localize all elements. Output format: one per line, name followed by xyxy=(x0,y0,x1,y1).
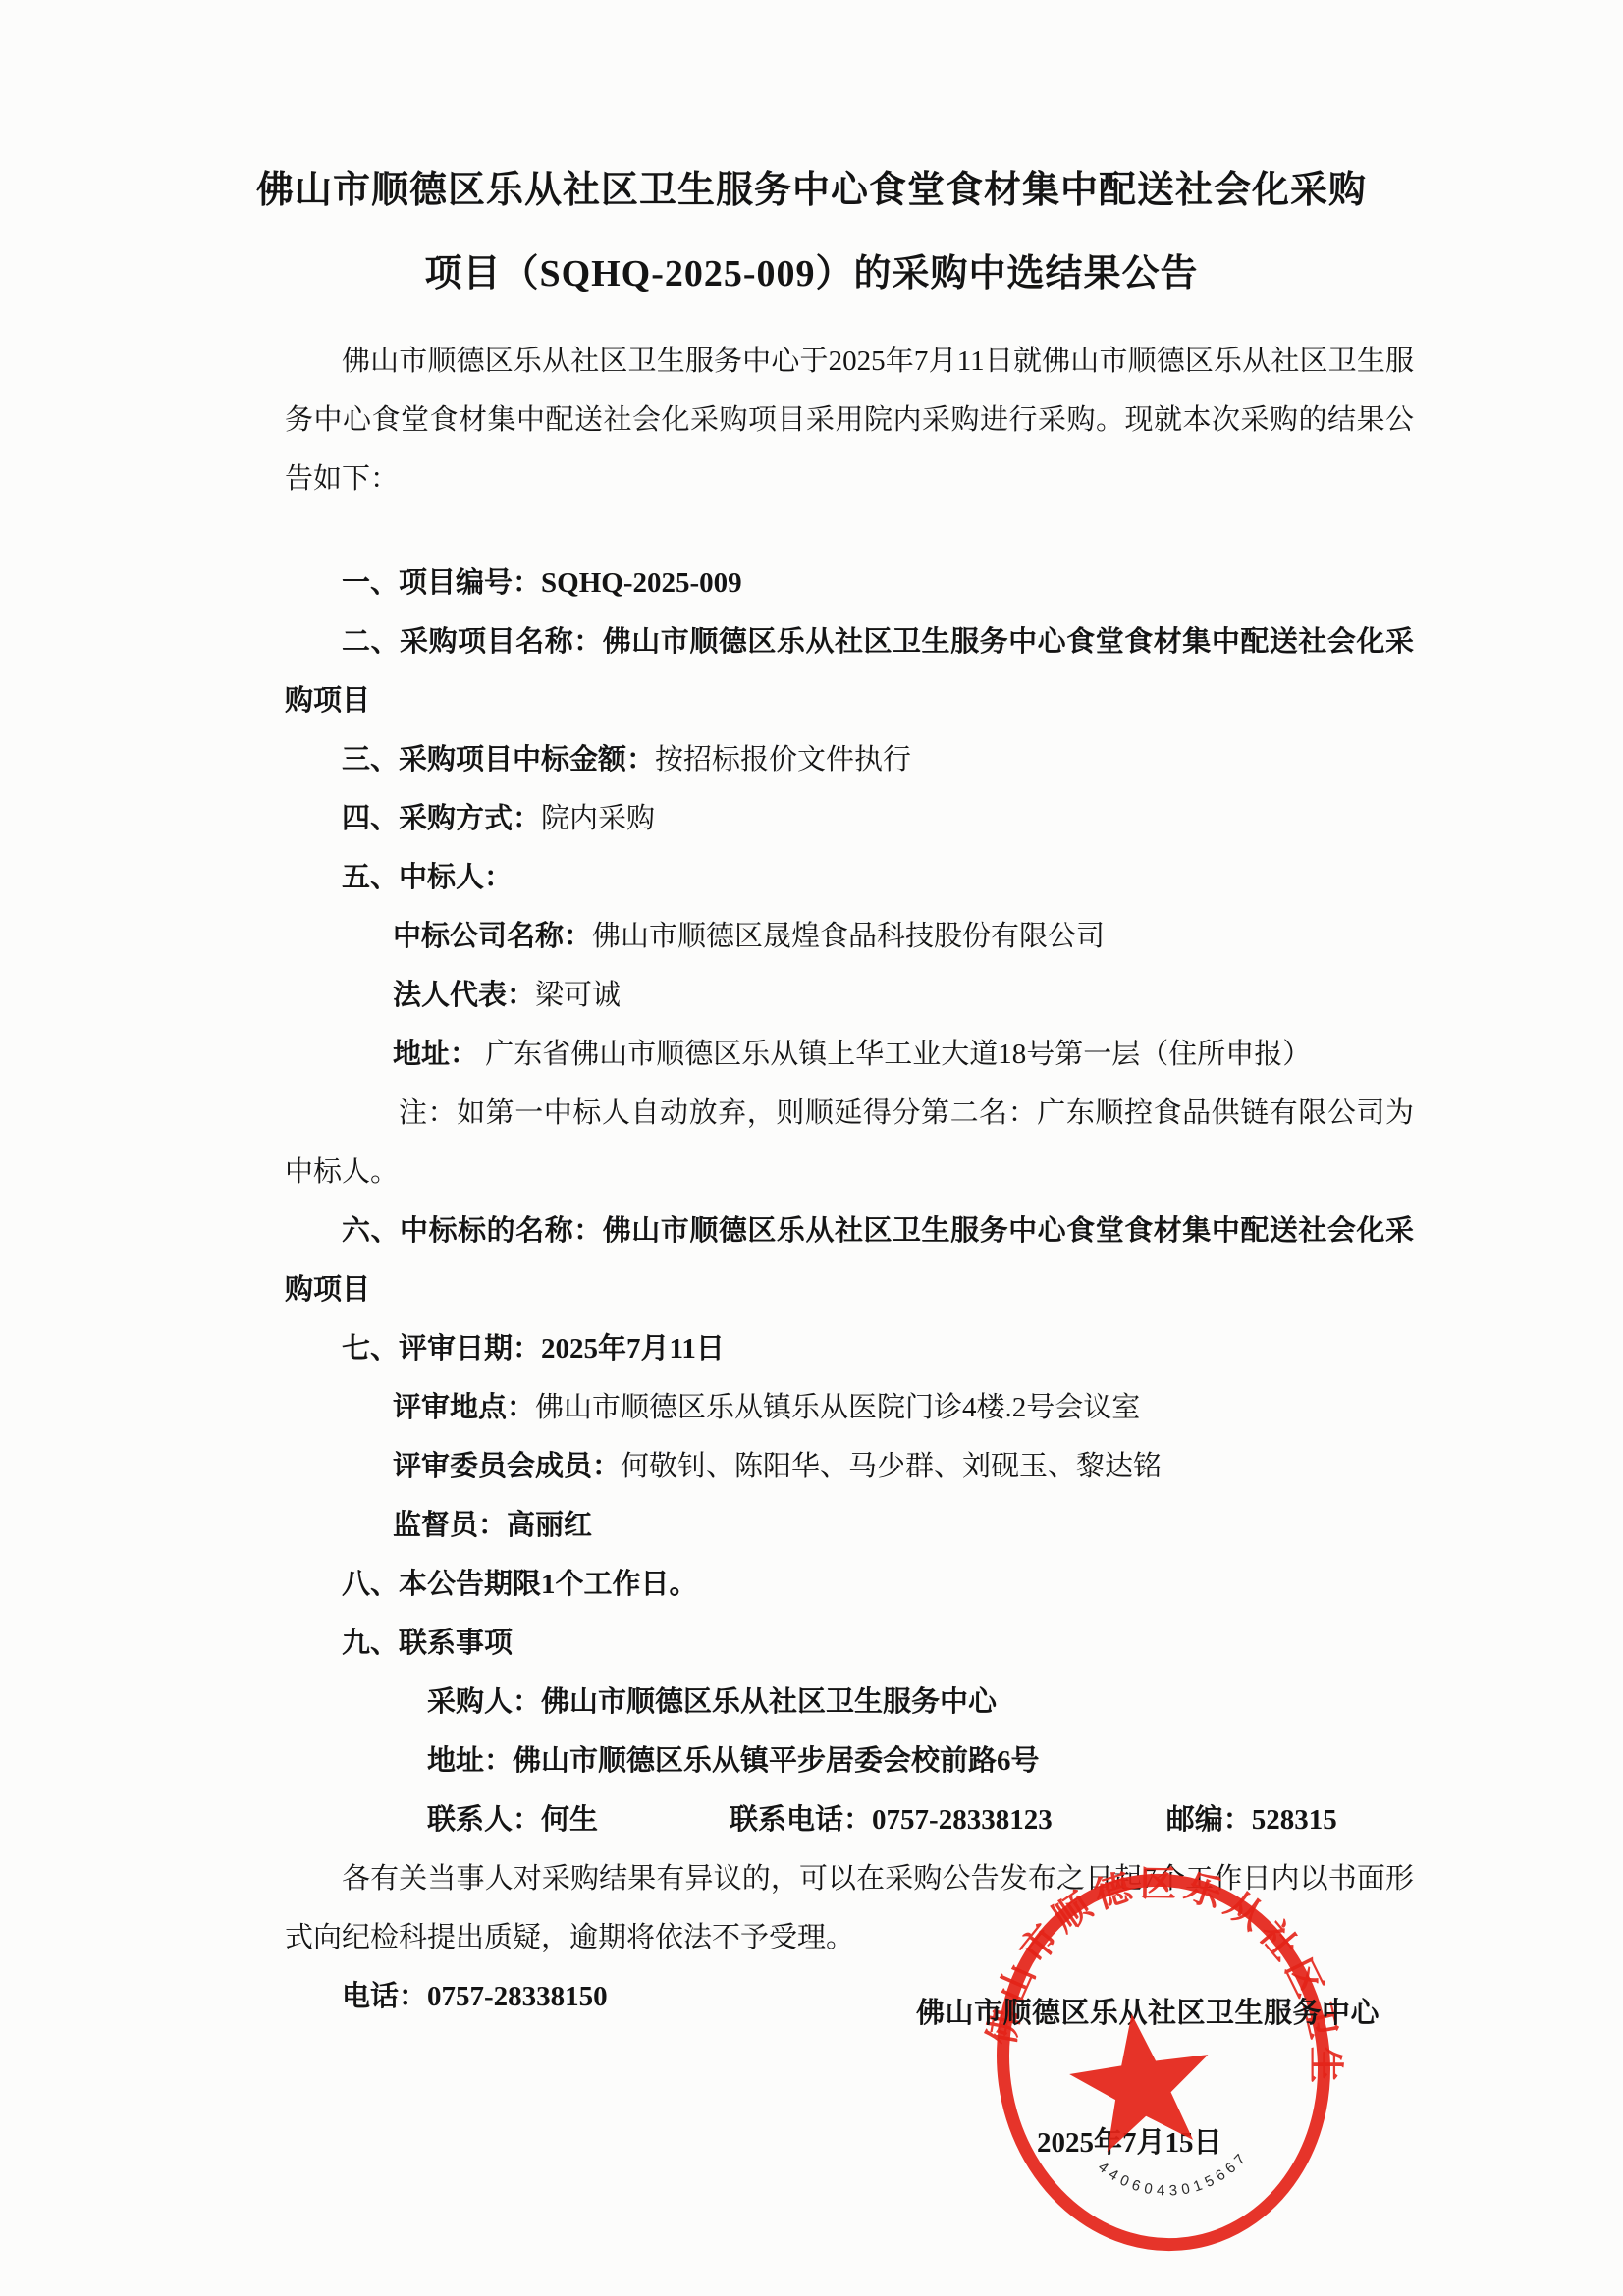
item-9-label: 九、联系事项 xyxy=(342,1628,513,1659)
item-winner-heading: 五、中标人： xyxy=(285,848,1414,907)
item-award-subject: 六、中标标的名称：佛山市顺德区乐从社区卫生服务中心食堂食材集中配送社会化采购项目 xyxy=(285,1201,1414,1319)
item-award-amount: 三、采购项目中标金额：按招标报价文件执行 xyxy=(285,730,1414,789)
review-committee-label: 评审委员会成员： xyxy=(393,1451,621,1482)
winner-legal-label: 法人代表： xyxy=(393,980,535,1011)
review-supervisor-line: 监督员：高丽红 xyxy=(285,1496,1414,1555)
item-4-value: 院内采购 xyxy=(541,803,655,834)
item-2-label: 二、采购项目名称： xyxy=(342,626,603,658)
winner-company-value: 佛山市顺德区晟煌食品科技股份有限公司 xyxy=(592,921,1105,952)
intro-paragraph: 佛山市顺德区乐从社区卫生服务中心于2025年7月11日就佛山市顺德区乐从社区卫生… xyxy=(285,332,1414,508)
winner-address-value: 广东省佛山市顺德区乐从镇上华工业大道18号第一层（住所申报） xyxy=(478,1039,1311,1070)
item-1-label: 一、项目编号： xyxy=(342,567,541,599)
contact-buyer-value: 佛山市顺德区乐从社区卫生服务中心 xyxy=(541,1686,997,1718)
contact-address-value: 佛山市顺德区乐从镇平步居委会校前路6号 xyxy=(513,1745,1040,1777)
contact-person-row: 联系人：何生联系电话：0757-28338123邮编：528315 xyxy=(285,1790,1414,1849)
title-line-1: 佛山市顺德区乐从社区卫生服务中心食堂食材集中配送社会化采购 xyxy=(0,167,1623,214)
winner-address-line: 地址： 广东省佛山市顺德区乐从镇上华工业大道18号第一层（住所申报） xyxy=(285,1025,1414,1084)
document-page: 佛山市顺德区乐从社区卫生服务中心食堂食材集中配送社会化采购 项目（SQHQ-20… xyxy=(0,0,1623,2296)
review-supervisor-label: 监督员： xyxy=(393,1510,507,1541)
review-committee-value: 何敬钊、陈阳华、马少群、刘砚玉、黎达铭 xyxy=(621,1451,1162,1482)
contact-address-line: 地址：佛山市顺德区乐从镇平步居委会校前路6号 xyxy=(285,1732,1414,1790)
seal-star-icon xyxy=(1044,1989,1240,2185)
contact-postcode-label: 邮编： xyxy=(1166,1804,1252,1836)
contact-person-value: 何生 xyxy=(541,1804,598,1836)
title-line-2: 项目（SQHQ-2025-009）的采购中选结果公告 xyxy=(0,250,1623,297)
item-review-date: 七、评审日期：2025年7月11日 xyxy=(285,1319,1414,1378)
contact-phone-value: 0757-28338123 xyxy=(872,1804,1053,1836)
tel-label: 电话： xyxy=(342,1981,427,2012)
winner-legal-value: 梁可诚 xyxy=(535,980,621,1011)
winner-company-label: 中标公司名称： xyxy=(393,921,592,952)
contact-buyer-line: 采购人：佛山市顺德区乐从社区卫生服务中心 xyxy=(285,1673,1414,1732)
item-procurement-method: 四、采购方式：院内采购 xyxy=(285,789,1414,848)
item-3-label: 三、采购项目中标金额： xyxy=(342,744,655,775)
item-project-number: 一、项目编号：SQHQ-2025-009 xyxy=(285,554,1414,613)
item-project-name: 二、采购项目名称：佛山市顺德区乐从社区卫生服务中心食堂食材集中配送社会化采购项目 xyxy=(285,613,1414,730)
contact-person-label: 联系人： xyxy=(427,1804,541,1836)
tel-value: 0757-28338150 xyxy=(427,1981,608,2012)
contact-address-label: 地址： xyxy=(427,1745,513,1777)
winner-legal-line: 法人代表：梁可诚 xyxy=(285,966,1414,1025)
item-8-label: 八、本公告期限1个工作日。 xyxy=(342,1569,698,1600)
document-title: 佛山市顺德区乐从社区卫生服务中心食堂食材集中配送社会化采购 项目（SQHQ-20… xyxy=(0,167,1623,334)
winner-address-label: 地址： xyxy=(393,1039,478,1070)
item-notice-period: 八、本公告期限1个工作日。 xyxy=(285,1555,1414,1614)
contact-phone-label: 联系电话： xyxy=(730,1804,872,1836)
item-7-value: 2025年7月11日 xyxy=(541,1333,725,1364)
item-5-label: 五、中标人： xyxy=(342,862,513,893)
winner-company-line: 中标公司名称：佛山市顺德区晟煌食品科技股份有限公司 xyxy=(285,907,1414,966)
review-location-line: 评审地点：佛山市顺德区乐从镇乐从医院门诊4楼.2号会议室 xyxy=(285,1378,1414,1437)
review-location-value: 佛山市顺德区乐从镇乐从医院门诊4楼.2号会议室 xyxy=(535,1392,1140,1423)
contact-buyer-label: 采购人： xyxy=(427,1686,541,1718)
item-4-label: 四、采购方式： xyxy=(342,803,541,834)
review-location-label: 评审地点： xyxy=(393,1392,535,1423)
item-contact-heading: 九、联系事项 xyxy=(285,1614,1414,1673)
document-body: 佛山市顺德区乐从社区卫生服务中心于2025年7月11日就佛山市顺德区乐从社区卫生… xyxy=(285,332,1414,2026)
item-3-value: 按招标报价文件执行 xyxy=(655,744,911,775)
winner-note-line: 注：如第一中标人自动放弃，则顺延得分第二名：广东顺控食品供链有限公司为中标人。 xyxy=(285,1084,1414,1201)
contact-postcode-value: 528315 xyxy=(1252,1804,1337,1836)
item-7-label: 七、评审日期： xyxy=(342,1333,541,1364)
review-committee-line: 评审委员会成员：何敬钊、陈阳华、马少群、刘砚玉、黎达铭 xyxy=(285,1437,1414,1496)
review-supervisor-value: 高丽红 xyxy=(507,1510,592,1541)
item-1-value: SQHQ-2025-009 xyxy=(541,567,742,599)
item-6-label: 六、中标标的名称： xyxy=(342,1215,603,1247)
